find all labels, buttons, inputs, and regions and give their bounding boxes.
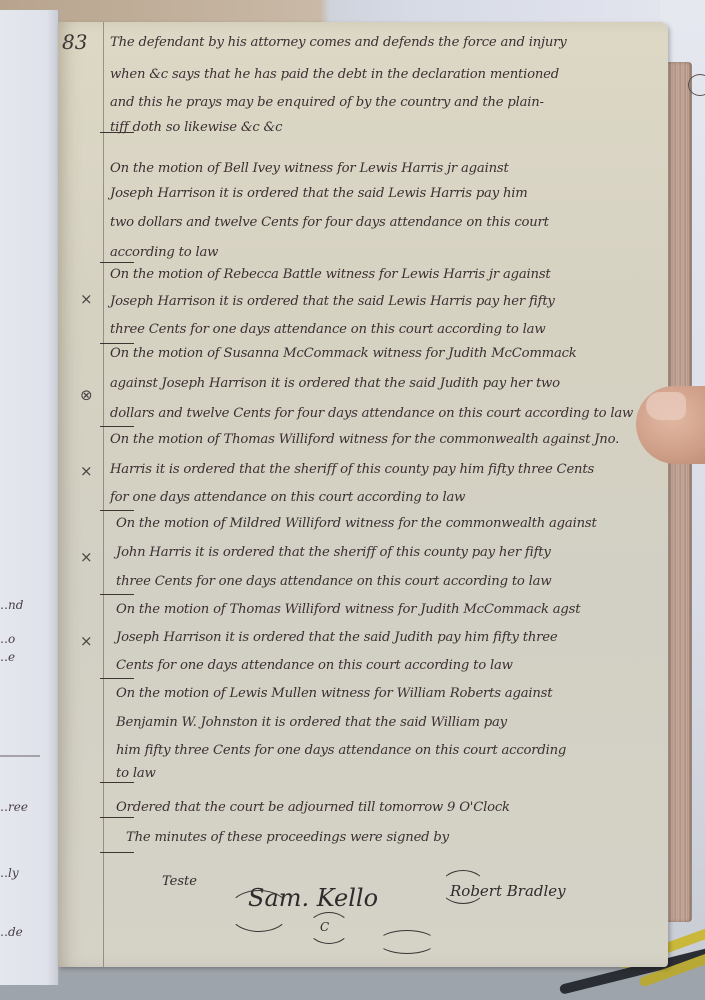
- left-page-rule: [0, 755, 40, 757]
- text-line: two dollars and twelve Cents for four da…: [110, 215, 658, 231]
- entry-separator: [100, 426, 134, 427]
- signature-flourish: [228, 890, 290, 932]
- text-line: On the motion of Thomas Williford witnes…: [116, 602, 664, 618]
- text-line: Benjamin W. Johnston it is ordered that …: [116, 715, 664, 731]
- text-line: Cents for one days attendance on this co…: [116, 658, 664, 674]
- margin-cross-mark: ×: [80, 462, 93, 480]
- text-line: Joseph Harrison it is ordered that the s…: [116, 630, 664, 646]
- text-line: The defendant by his attorney comes and …: [110, 35, 658, 51]
- text-line: tiff doth so likewise &c &c: [110, 120, 658, 136]
- signature-flourish: [440, 870, 486, 904]
- text-line: when &c says that he has paid the debt i…: [110, 67, 658, 83]
- left-page-fragment: …ly: [0, 866, 19, 880]
- text-line: On the motion of Rebecca Battle witness …: [110, 267, 658, 283]
- text-line: Joseph Harrison it is ordered that the s…: [110, 294, 658, 310]
- attest-label: Teste: [162, 874, 197, 889]
- corner-annotation: [688, 74, 705, 96]
- entry-separator: [100, 262, 134, 263]
- text-line: against Joseph Harrison it is ordered th…: [110, 376, 658, 392]
- entry-separator: [100, 343, 134, 344]
- signing-statement: The minutes of these proceedings were si…: [126, 830, 674, 846]
- margin-rule: [103, 22, 104, 967]
- left-page-fragment: …e: [0, 650, 15, 664]
- text-line: On the motion of Lewis Mullen witness fo…: [116, 686, 664, 702]
- text-line: for one days attendance on this court ac…: [110, 490, 658, 506]
- signature-flourish: [378, 930, 436, 954]
- text-line: three Cents for one days attendance on t…: [110, 322, 658, 338]
- margin-cross-mark: ×: [80, 290, 93, 308]
- text-line: according to law: [110, 245, 658, 261]
- thumbnail: [646, 392, 686, 420]
- entry-separator: [100, 782, 134, 783]
- text-line: On the motion of Bell Ivey witness for L…: [110, 161, 658, 177]
- left-page-fragment: …de: [0, 925, 23, 939]
- page-number: 83: [62, 30, 87, 54]
- text-line: John Harris it is ordered that the sheri…: [116, 545, 664, 561]
- adjournment-line: Ordered that the court be adjourned till…: [116, 800, 664, 816]
- margin-cross-mark: ×: [80, 632, 93, 650]
- entry-separator: [100, 852, 134, 853]
- left-page-fragment: …nd: [0, 598, 23, 612]
- manuscript-page: 83 × ⊗ × × × The defendant by his attorn…: [58, 22, 668, 967]
- text-line: On the motion of Susanna McCommack witne…: [110, 346, 658, 362]
- text-line: him fifty three Cents for one days atten…: [116, 743, 664, 759]
- text-line: On the motion of Thomas Williford witnes…: [110, 432, 658, 448]
- left-page-fragment: …ree: [0, 800, 28, 814]
- text-line: Harris it is ordered that the sheriff of…: [110, 462, 658, 478]
- text-line: dollars and twelve Cents for four days a…: [110, 406, 658, 422]
- text-line: and this he prays may be enquired of by …: [110, 95, 658, 111]
- left-facing-page: …nd …o …e …ree …ly …de: [0, 10, 59, 985]
- entry-separator: [100, 510, 134, 511]
- margin-cross-mark: ×: [80, 548, 93, 566]
- text-line: to law: [116, 766, 664, 782]
- signature-flourish: [308, 912, 350, 944]
- text-line: three Cents for one days attendance on t…: [116, 574, 664, 590]
- margin-circled-cross-mark: ⊗: [80, 386, 93, 404]
- text-line: On the motion of Mildred Williford witne…: [116, 516, 664, 532]
- entry-separator: [100, 678, 134, 679]
- entry-separator: [100, 594, 134, 595]
- entry-separator: [100, 817, 134, 818]
- left-page-fragment: …o: [0, 632, 15, 646]
- text-line: Joseph Harrison it is ordered that the s…: [110, 186, 658, 202]
